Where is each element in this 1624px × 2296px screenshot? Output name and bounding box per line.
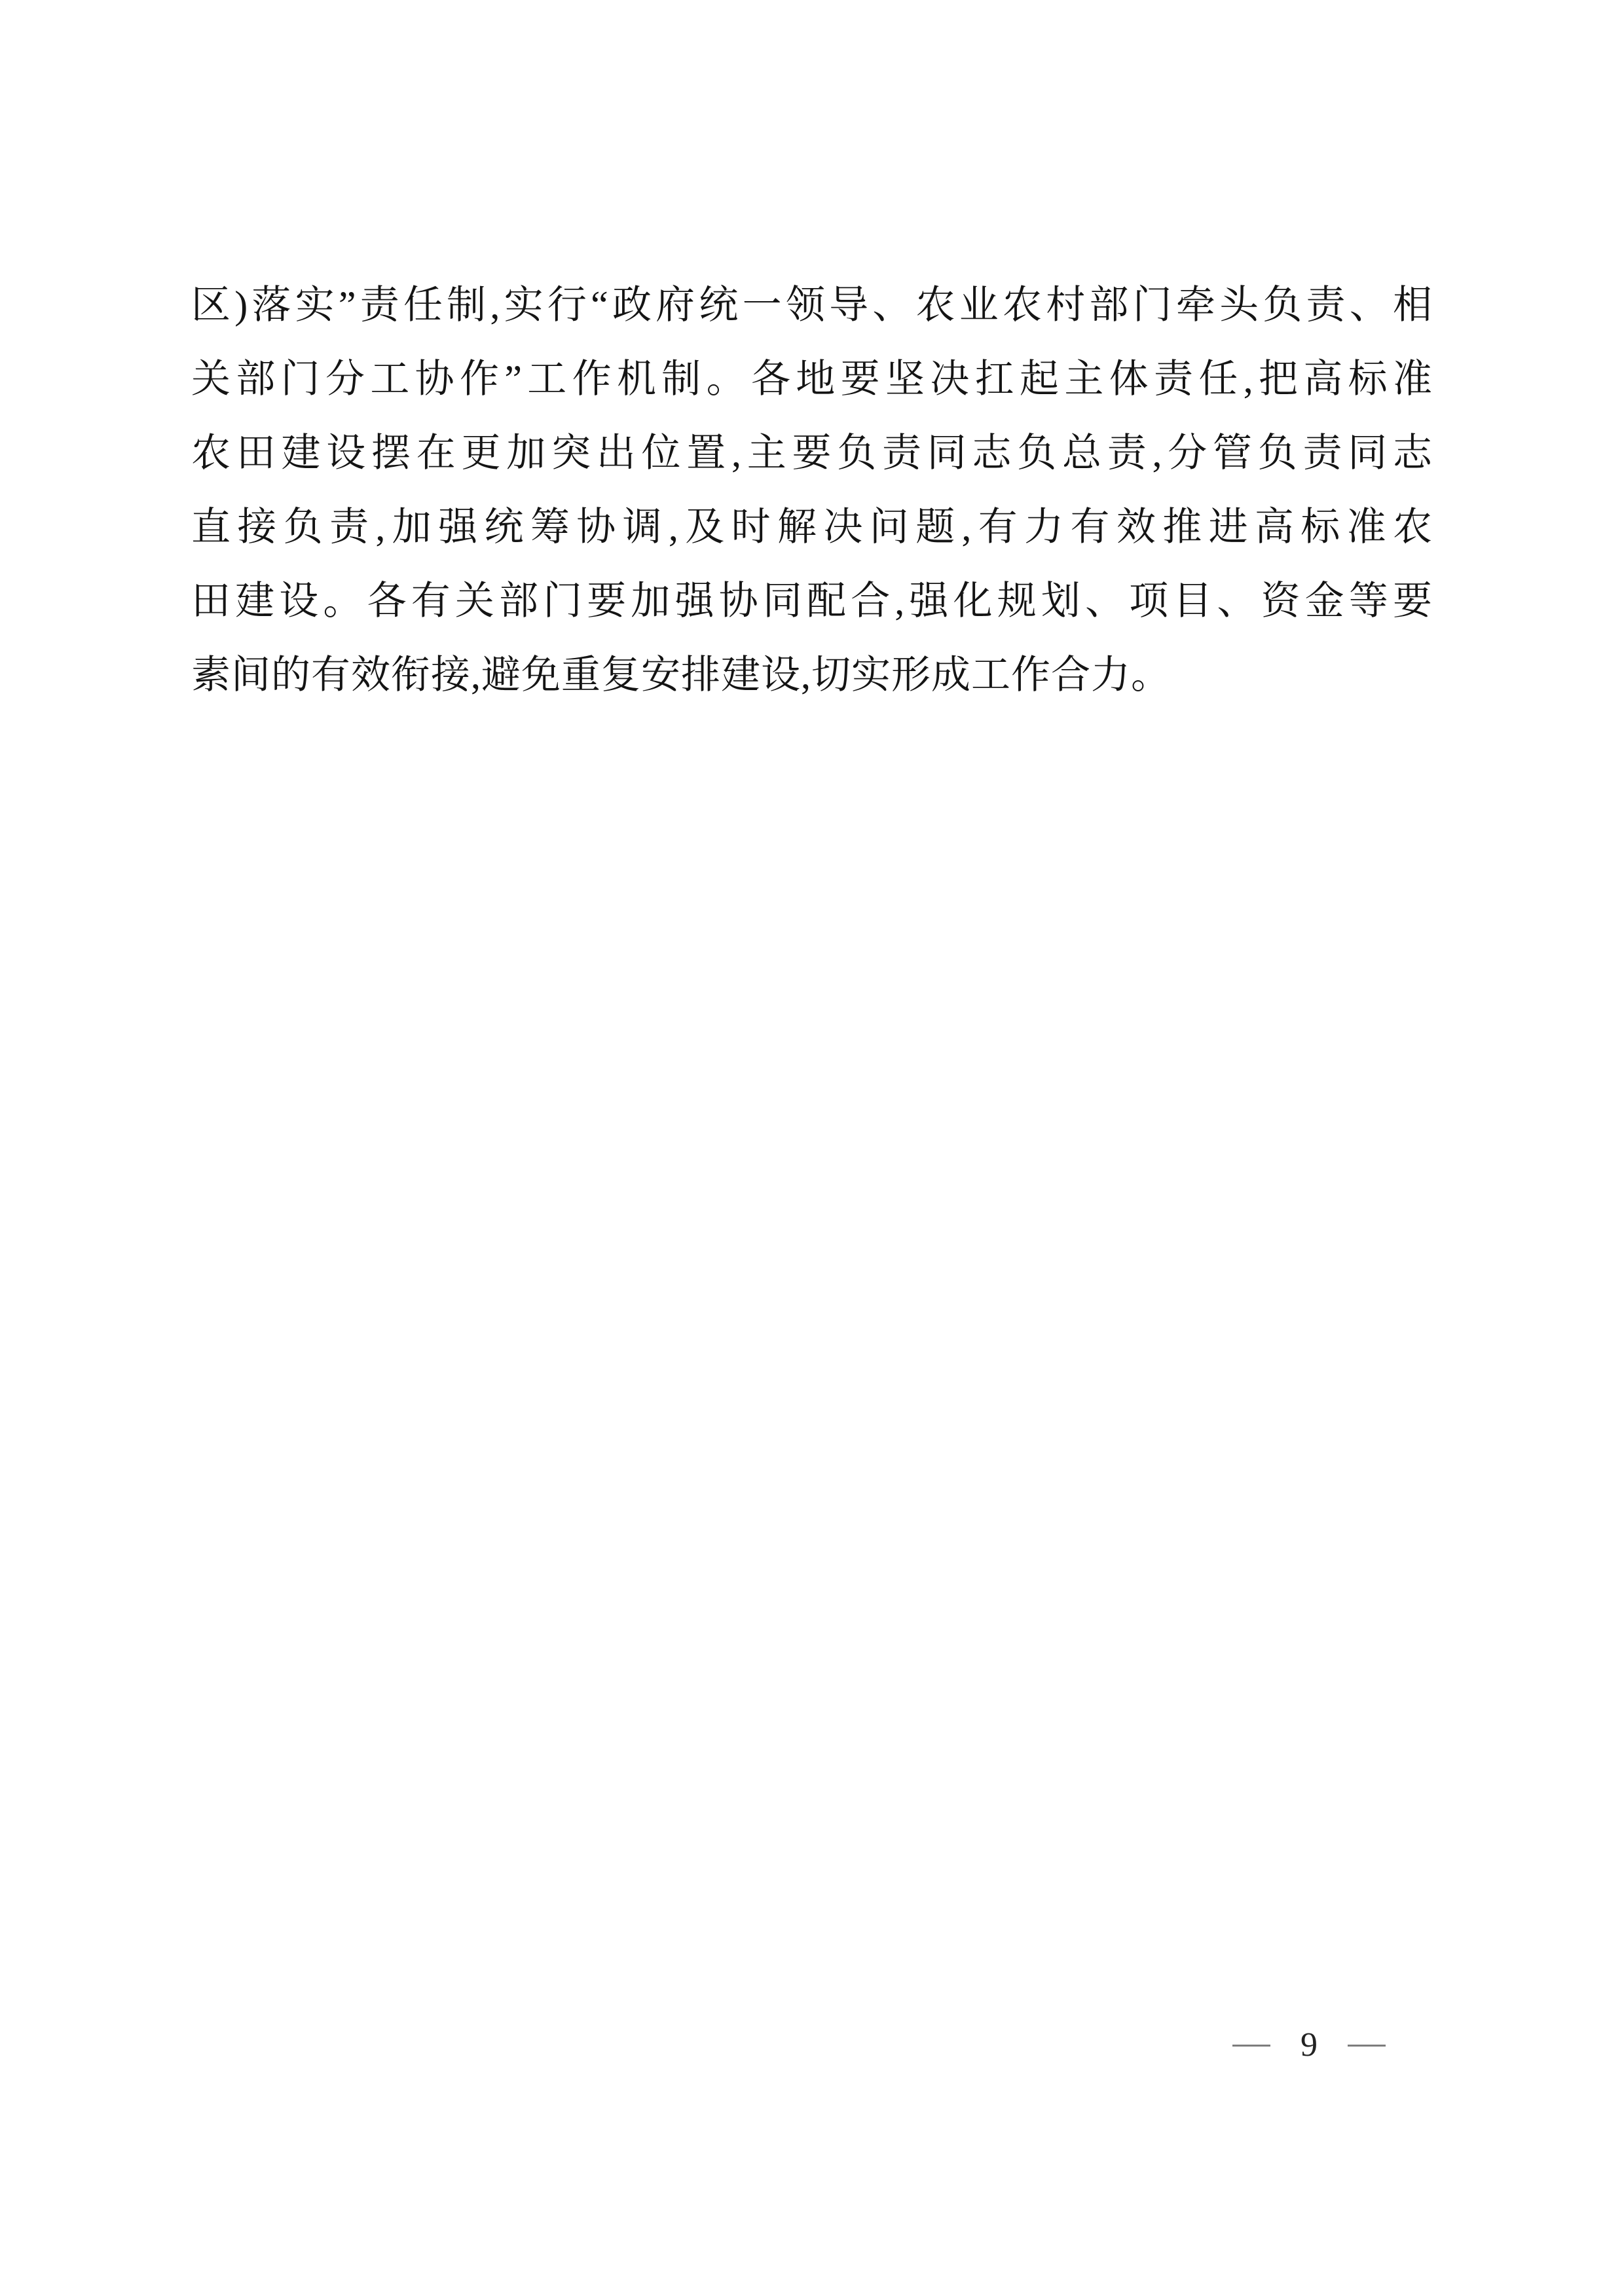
paragraph-line: 农田建设摆在更加突出位置,主要负责同志负总责,分管负责同志 [191,416,1433,490]
page-footer: 9 [1232,2024,1386,2066]
paragraph-line: 关部门分工协作”工作机制。各地要坚决扛起主体责任,把高标准 [191,342,1433,416]
footer-dash-right [1348,2045,1386,2047]
paragraph-line: 直接负责,加强统筹协调,及时解决问题,有力有效推进高标准农 [191,490,1433,564]
page-number: 9 [1301,2024,1318,2066]
paragraph-line: 区)落实”责任制,实行“政府统一领导、农业农村部门牵头负责、相 [191,268,1433,342]
paragraph-line: 素间的有效衔接,避免重复安排建设,切实形成工作合力。 [191,638,1433,712]
footer-dash-left [1232,2045,1270,2047]
body-paragraph: 区)落实”责任制,实行“政府统一领导、农业农村部门牵头负责、相 关部门分工协作”… [191,268,1433,712]
paragraph-line: 田建设。各有关部门要加强协同配合,强化规划、项目、资金等要 [191,564,1433,638]
document-page: { "document": { "language": "zh-CN", "li… [0,0,1624,2296]
